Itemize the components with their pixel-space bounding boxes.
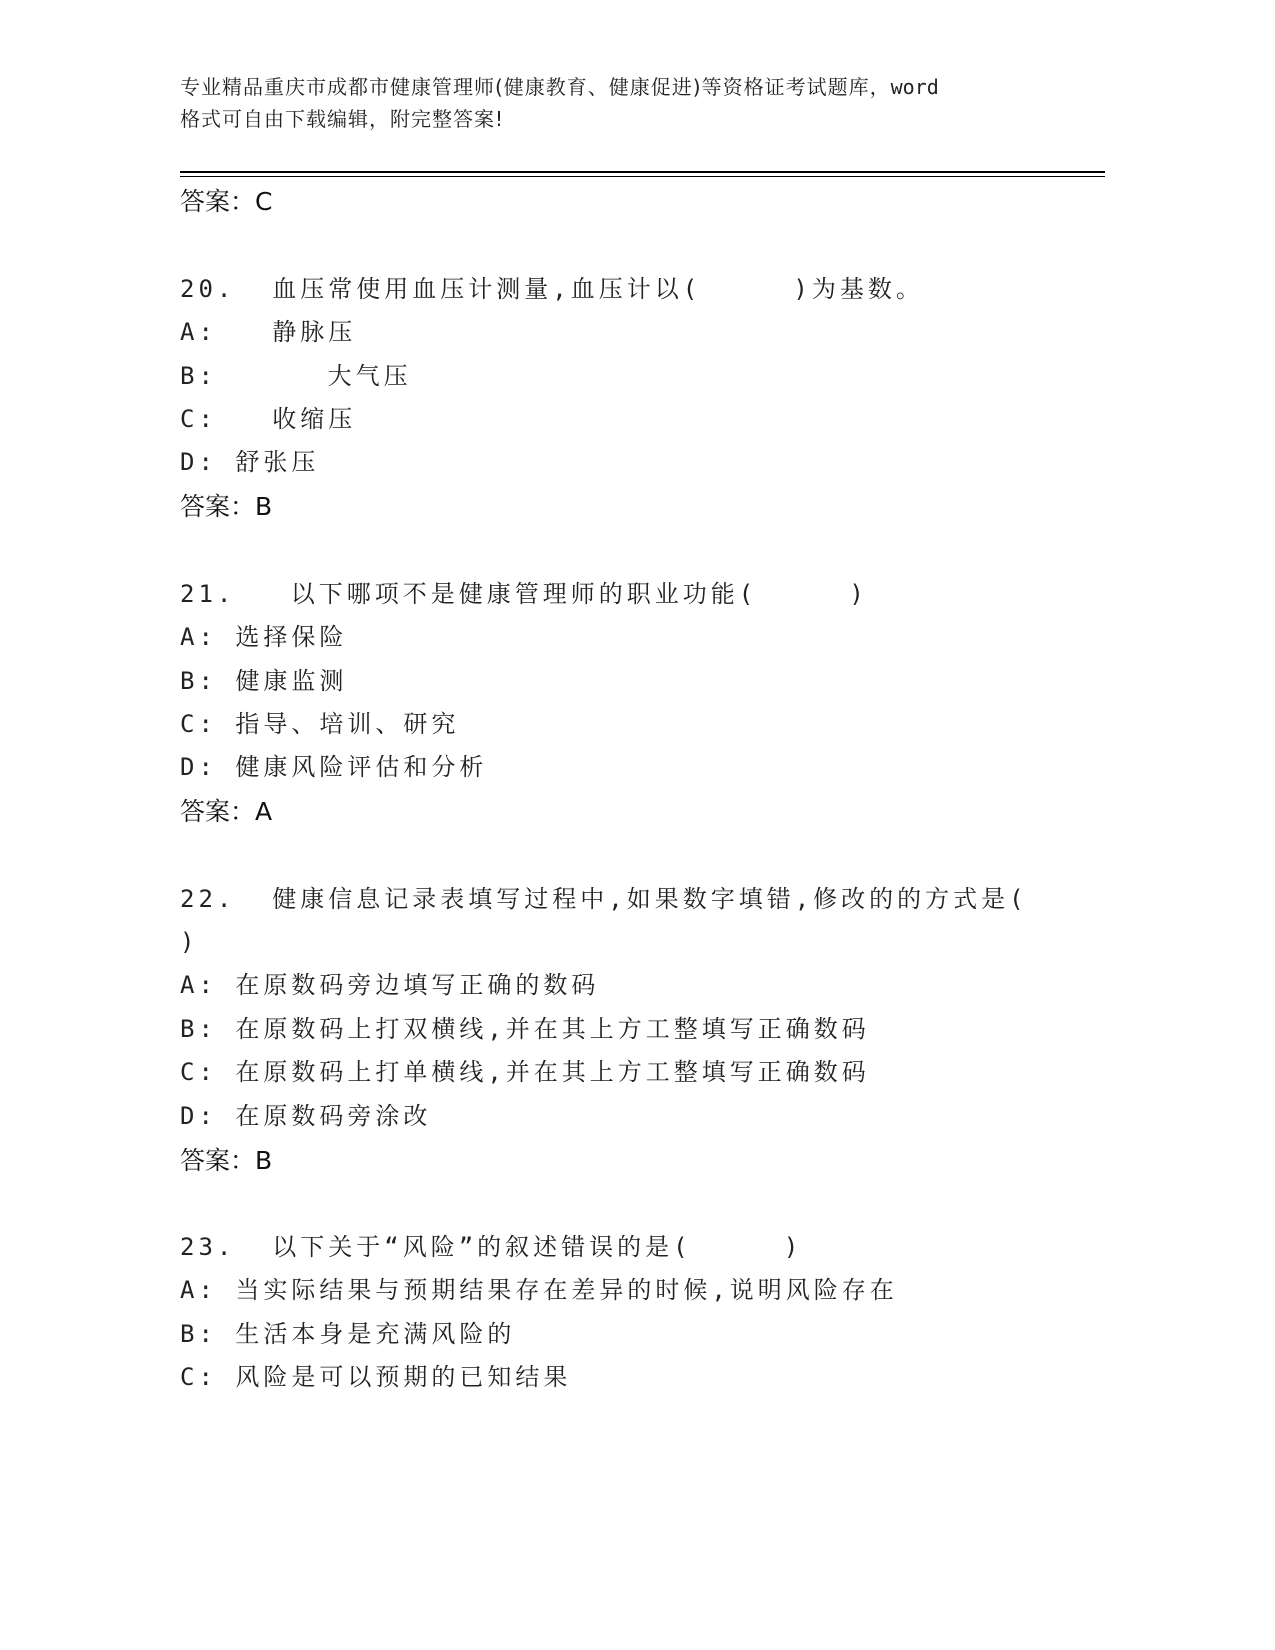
previous-answer: 答案：C <box>180 187 272 217</box>
question-stem: 23. 以下关于“风险”的叙述错误的是( ) <box>180 1232 802 1262</box>
option-c: C: 指导、培训、研究 <box>180 709 459 739</box>
question-stem: 20. 血压常使用血压计测量,血压计以( )为基数。 <box>180 274 924 304</box>
option-a: A: 选择保险 <box>180 622 347 652</box>
question-stem: 21. 以下哪项不是健康管理师的职业功能( ) <box>180 579 868 609</box>
option-a: A: 静脉压 <box>180 317 356 347</box>
header-title-latin: word <box>891 75 939 99</box>
header-title-cn: 专业精品重庆市成都市健康管理师(健康教育、健康促进)等资格证考试题库， <box>180 75 891 99</box>
answer: 答案：A <box>180 797 272 827</box>
option-a: A: 在原数码旁边填写正确的数码 <box>180 970 599 1000</box>
answer: 答案：B <box>180 492 272 522</box>
option-d: D: 在原数码旁涂改 <box>180 1101 431 1131</box>
answer: 答案：B <box>180 1146 272 1176</box>
question-stem: 22. 健康信息记录表填写过程中,如果数字填错,修改的的方式是( <box>180 884 1028 914</box>
question-stem-continued: ) <box>180 927 198 957</box>
option-b: B: 健康监测 <box>180 666 347 696</box>
option-b: B: 在原数码上打双横线,并在其上方工整填写正确数码 <box>180 1014 870 1044</box>
header-divider-thin <box>180 176 1105 177</box>
header-divider-thick <box>180 171 1105 173</box>
header-title-line-1: 专业精品重庆市成都市健康管理师(健康教育、健康促进)等资格证考试题库，word <box>180 75 939 99</box>
option-c: C: 风险是可以预期的已知结果 <box>180 1362 571 1392</box>
document-page: 专业精品重庆市成都市健康管理师(健康教育、健康促进)等资格证考试题库，word … <box>0 0 1275 1650</box>
option-a: A: 当实际结果与预期结果存在差异的时候,说明风险存在 <box>180 1275 898 1305</box>
option-b: B: 生活本身是充满风险的 <box>180 1319 515 1349</box>
option-c: C: 在原数码上打单横线,并在其上方工整填写正确数码 <box>180 1057 870 1087</box>
option-b: B: 大气压 <box>180 361 412 391</box>
option-c: C: 收缩压 <box>180 404 356 434</box>
option-d: D: 舒张压 <box>180 447 319 477</box>
header-title-line-2: 格式可自由下载编辑，附完整答案! <box>180 107 504 131</box>
option-d: D: 健康风险评估和分析 <box>180 752 487 782</box>
